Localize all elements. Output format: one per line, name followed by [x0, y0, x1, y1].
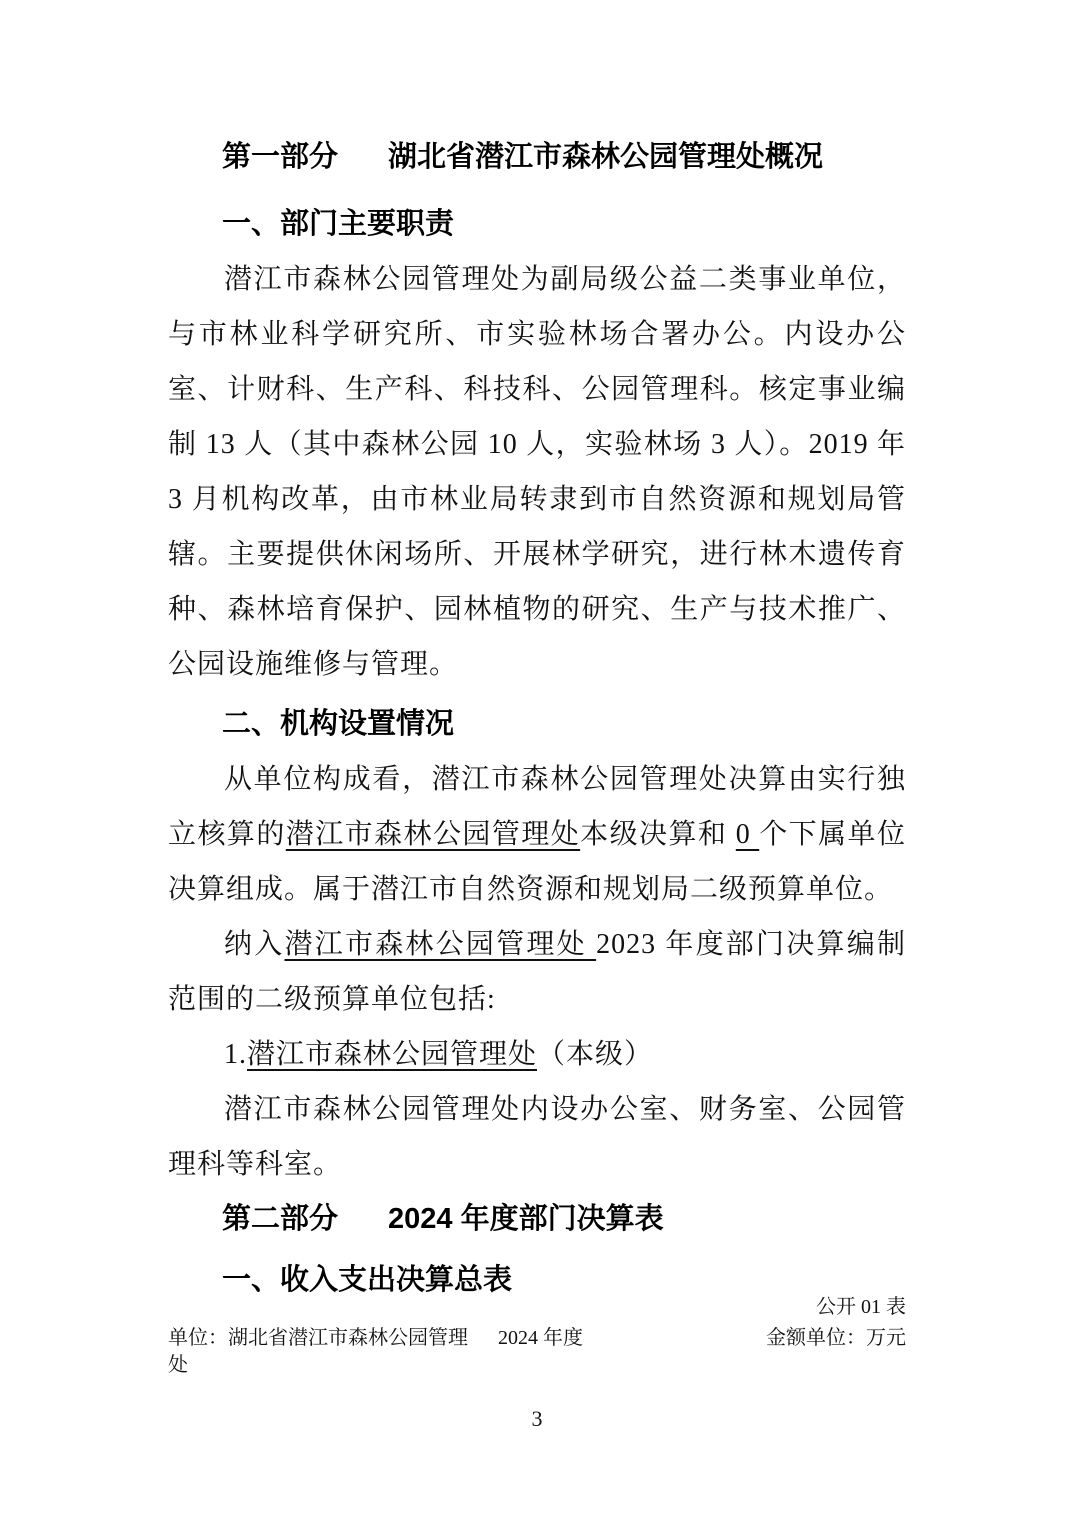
- part2-title: 第二部分2024 年度部门决算表: [168, 1192, 906, 1247]
- text-segment: 1.: [224, 1039, 247, 1070]
- unit-name-label: 单位：湖北省潜江市森林公园管理处: [168, 1325, 470, 1379]
- text-segment: （本级）: [537, 1039, 653, 1070]
- part1-title: 第一部分湖北省潜江市森林公园管理处概况: [168, 130, 906, 185]
- section2-paragraph-4: 潜江市森林公园管理处内设办公室、财务室、公园管理科等科室。: [168, 1082, 906, 1192]
- underlined-text: 0: [736, 819, 759, 850]
- underlined-text: 潜江市森林公园管理处: [286, 819, 580, 850]
- amount-unit-label: 金额单位：万元: [766, 1325, 906, 1352]
- text-segment: 本级决算和: [580, 819, 736, 850]
- table-meta-row: 单位：湖北省潜江市森林公园管理处 2024 年度 金额单位：万元: [168, 1325, 906, 1379]
- page-number: 3: [0, 1406, 1074, 1432]
- text-segment: 纳入: [224, 929, 284, 960]
- part1-title-text: 湖北省潜江市森林公园管理处概况: [388, 141, 823, 173]
- part1-title-label: 第一部分: [222, 141, 338, 173]
- section1-paragraph: 潜江市森林公园管理处为副局级公益二类事业单位，与市林业科学研究所、市实验林场合署…: [168, 252, 906, 692]
- section2-paragraph-2: 纳入潜江市森林公园管理处 2023 年度部门决算编制范围的二级预算单位包括:: [168, 917, 906, 1027]
- document-page: 第一部分湖北省潜江市森林公园管理处概况 一、部门主要职责 潜江市森林公园管理处为…: [0, 0, 1074, 1520]
- underlined-text: 潜江市森林公园管理处: [284, 929, 596, 960]
- section2-paragraph-1: 从单位构成看，潜江市森林公园管理处决算由实行独立核算的潜江市森林公园管理处本级决…: [168, 752, 906, 917]
- text-segment: 潜江市森林公园管理处内设办公室、财务室、公园管理科等科室。: [168, 1094, 906, 1180]
- section1-heading: 一、部门主要职责: [168, 197, 906, 252]
- part2-title-text: 2024 年度部门决算表: [388, 1203, 664, 1235]
- section2-heading: 二、机构设置情况: [168, 697, 906, 752]
- underlined-text: 潜江市森林公园管理处: [247, 1039, 537, 1070]
- part2-title-label: 第二部分: [222, 1203, 338, 1235]
- fiscal-year-label: 2024 年度: [470, 1325, 583, 1352]
- section2-paragraph-3: 1.潜江市森林公园管理处（本级）: [168, 1027, 906, 1082]
